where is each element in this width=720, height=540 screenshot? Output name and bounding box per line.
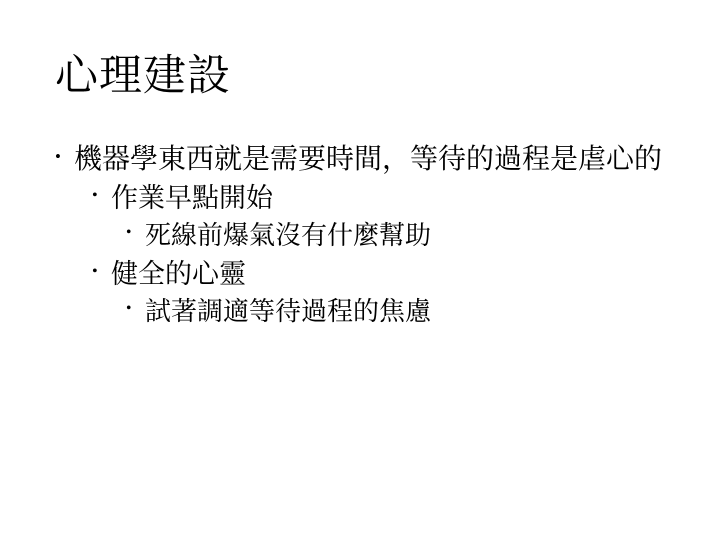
list-item: • 作業早點開始 bbox=[92, 176, 720, 214]
bullet-icon: • bbox=[92, 186, 104, 205]
slide-title: 心理建設 bbox=[55, 55, 231, 98]
list-item: • 死線前爆氣沒有什麼幫助 bbox=[126, 214, 720, 252]
bullet-icon: • bbox=[55, 147, 67, 167]
bullet-text: 機器學東西就是需要時間，等待的過程是虐心的 bbox=[74, 137, 662, 177]
list-item: • 試著調適等待過程的焦慮 bbox=[126, 290, 720, 328]
list-item: • 機器學東西就是需要時間，等待的過程是虐心的 bbox=[55, 138, 720, 176]
bullet-icon: • bbox=[126, 224, 138, 242]
bullet-text: 試著調適等待過程的焦慮 bbox=[145, 291, 431, 328]
bullet-text: 健全的心靈 bbox=[111, 252, 246, 291]
bullet-list: • 機器學東西就是需要時間，等待的過程是虐心的 • 作業早點開始 • 死線前爆氣… bbox=[0, 138, 720, 328]
bullet-icon: • bbox=[126, 300, 138, 318]
presentation-slide: 心理建設 • 機器學東西就是需要時間，等待的過程是虐心的 • 作業早點開始 • … bbox=[0, 0, 720, 540]
bullet-icon: • bbox=[92, 262, 104, 281]
bullet-text: 作業早點開始 bbox=[111, 176, 273, 215]
bullet-text: 死線前爆氣沒有什麼幫助 bbox=[145, 215, 431, 252]
list-item: • 健全的心靈 bbox=[92, 252, 720, 290]
